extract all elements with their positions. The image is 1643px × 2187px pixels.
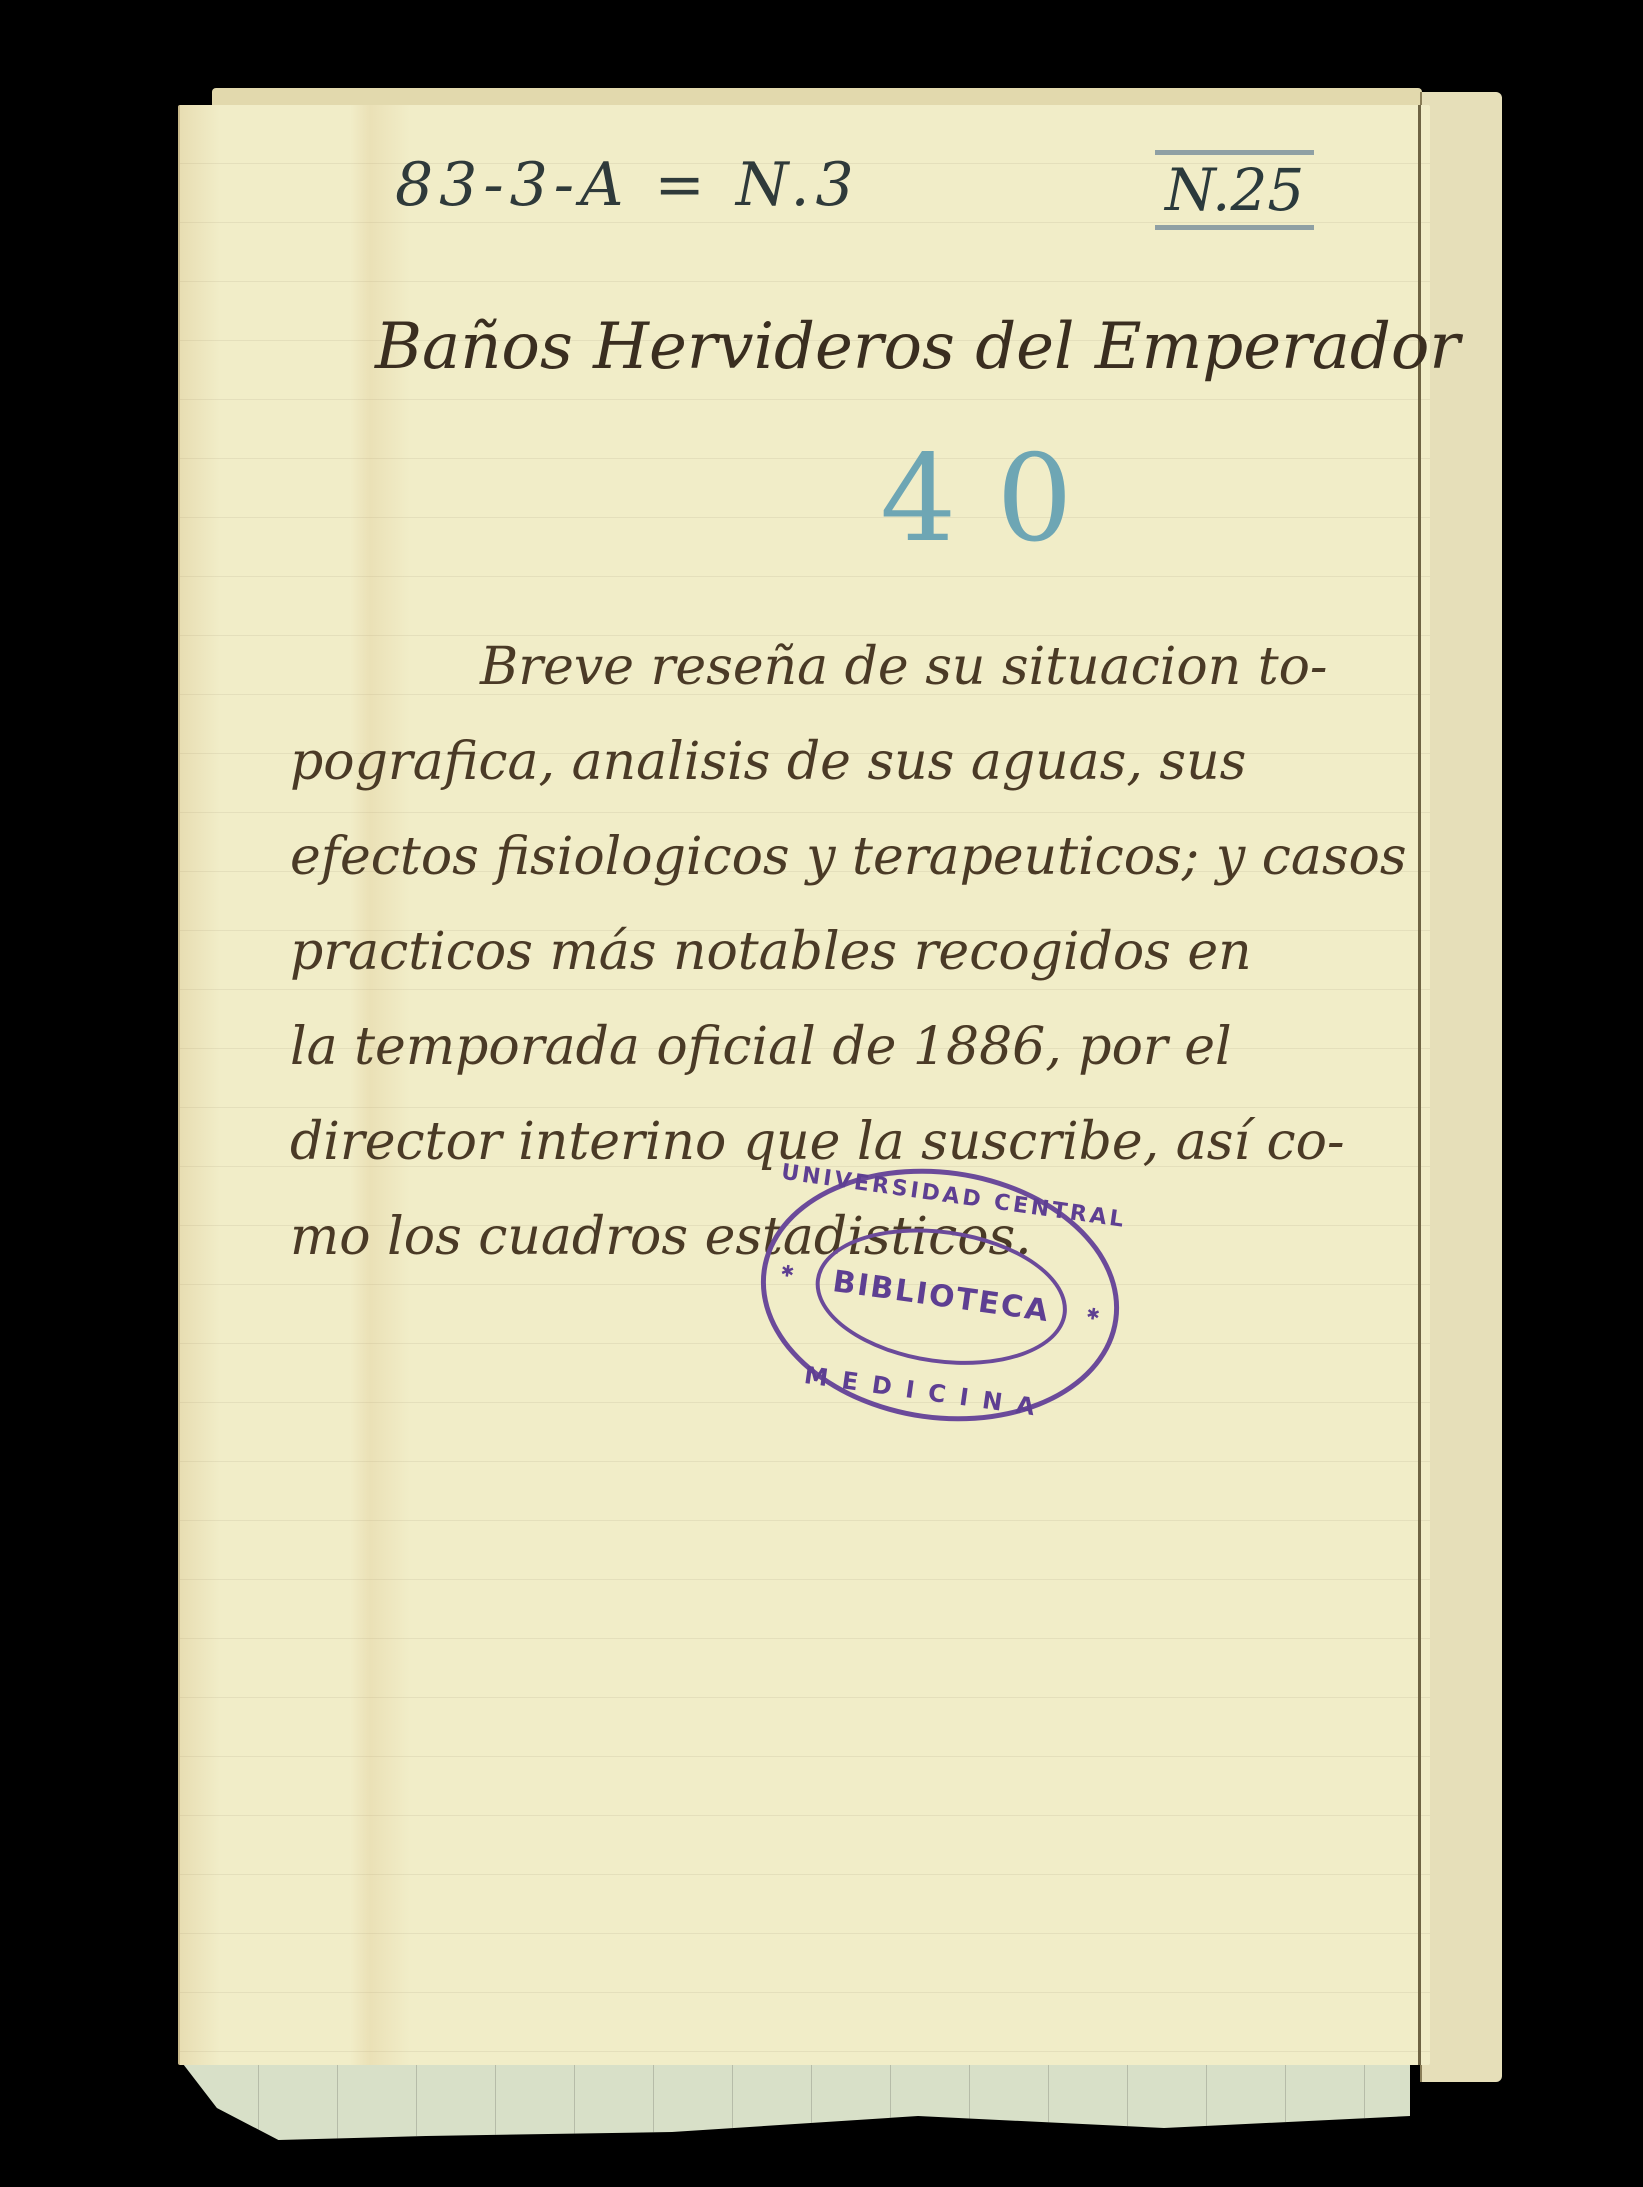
body-line: la temporada oficial de 1886, por el xyxy=(290,1000,1450,1095)
body-line: practicos más notables recogidos en xyxy=(290,905,1450,1000)
underlying-sheet-bottom-edge xyxy=(180,2060,1410,2140)
document-number: N.25 xyxy=(1155,150,1314,230)
catalog-reference: 83-3-A = N.3 xyxy=(395,150,860,220)
stamp-center-text: BIBLIOTECA xyxy=(830,1264,1052,1329)
document-title: Baños Hervideros del Emperador xyxy=(375,310,1460,384)
body-line: Breve reseña de su situacion to- xyxy=(290,620,1450,715)
stamp-inner-ring: BIBLIOTECA xyxy=(807,1213,1076,1380)
star-icon: ✱ xyxy=(1085,1304,1101,1325)
star-icon: ✱ xyxy=(780,1261,796,1282)
folio-number: 40 xyxy=(880,430,1113,569)
body-line: efectos fisiologicos y terapeuticos; y c… xyxy=(290,810,1450,905)
body-line: pografica, analisis de sus aguas, sus xyxy=(290,715,1450,810)
